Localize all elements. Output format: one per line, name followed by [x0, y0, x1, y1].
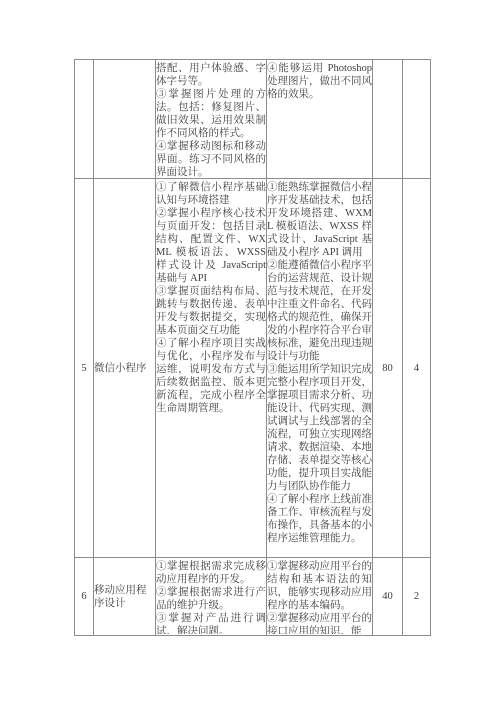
credits-cell: 2 [403, 558, 431, 636]
ability-paragraph: ①能熟练掌握微信小程序开发基础技术，包括开发环境搭建、WXML 模板语法、WXS… [267, 181, 372, 259]
content-paragraph: 搭配、用户体验感、字体字号等。 [156, 62, 266, 88]
content-paragraph: ③掌握页面结构布局、跳转与数据传递、表单开发与数据提交，实现基本页面交互功能 [156, 285, 266, 337]
ability-requirement-text: ①掌握移动应用平台的结构和基本语法的知识，能够实现移动应用程序的基本编码。 ②掌… [267, 560, 372, 634]
ability-paragraph: ④了解小程序上线前准备工作、审核流程与发布操作，具备基本的小程序运维管理能力。 [267, 493, 372, 545]
content-paragraph: ④掌握移动图标和移动界面。练习不同风格的界面设计。 [156, 140, 266, 177]
document-page: 搭配、用户体验感、字体字号等。 ③掌握图片处理的方法。包括：修复图片、做旧效果、… [0, 0, 500, 707]
ability-requirement-cell: ①掌握移动应用平台的结构和基本语法的知识，能够实现移动应用程序的基本编码。 ②掌… [267, 558, 373, 636]
course-name-cell: 移动应用程序设计 [94, 558, 156, 636]
ability-paragraph: ①掌握移动应用平台的结构和基本语法的知识，能够实现移动应用程序的基本编码。 [267, 560, 372, 612]
ability-paragraph: ②能遵循微信小程序平台的运营规范、设计规范与技术规范，在开发中注重文件命名、代码… [267, 259, 372, 363]
content-paragraph: ③掌握对产品进行调试，解决问题。 [156, 612, 266, 634]
course-outline-table: 搭配、用户体验感、字体字号等。 ③掌握图片处理的方法。包括：修复图片、做旧效果、… [74, 59, 431, 636]
teaching-content-cell: 搭配、用户体验感、字体字号等。 ③掌握图片处理的方法。包括：修复图片、做旧效果、… [156, 60, 267, 179]
content-paragraph: ②掌握根据需求进行产品的维护升级。 [156, 586, 266, 612]
ability-requirement-text: ④能够运用 Photoshop 处理图片，做出不同风格的效果。 [267, 62, 372, 177]
content-paragraph: ①掌握根据需求完成移动应用程序的开发。 [156, 560, 266, 586]
course-name-cell [94, 60, 156, 179]
teaching-content-text: ①了解微信小程序基础认知与环境搭建 ②掌握小程序核心技术与页面开发：包括目录结构… [156, 181, 266, 556]
credits-cell [403, 60, 431, 179]
content-paragraph: ④了解小程序项目实战与优化，小程序发布与运维，说明发布方式与后续数据监控、版本更… [156, 337, 266, 415]
hours-cell: 80 [373, 179, 403, 558]
table-row-wechat-miniprogram: 5 微信小程序 ①了解微信小程序基础认知与环境搭建 ②掌握小程序核心技术与页面开… [75, 179, 431, 558]
ability-requirement-text: ①能熟练掌握微信小程序开发基础技术，包括开发环境搭建、WXML 模板语法、WXS… [267, 181, 372, 556]
ability-requirement-cell: ④能够运用 Photoshop 处理图片，做出不同风格的效果。 [267, 60, 373, 179]
ability-requirement-cell: ①能熟练掌握微信小程序开发基础技术，包括开发环境搭建、WXML 模板语法、WXS… [267, 179, 373, 558]
row-number-cell [75, 60, 94, 179]
content-paragraph: ③掌握图片处理的方法。包括：修复图片、做旧效果、运用效果制作不同风格的样式。 [156, 88, 266, 140]
teaching-content-cell: ①了解微信小程序基础认知与环境搭建 ②掌握小程序核心技术与页面开发：包括目录结构… [156, 179, 267, 558]
hours-cell [373, 60, 403, 179]
teaching-content-cell: ①掌握根据需求完成移动应用程序的开发。 ②掌握根据需求进行产品的维护升级。 ③掌… [156, 558, 267, 636]
table-row-mobile-app-design: 6 移动应用程序设计 ①掌握根据需求完成移动应用程序的开发。 ②掌握根据需求进行… [75, 558, 431, 636]
ability-paragraph: ④能够运用 Photoshop 处理图片，做出不同风格的效果。 [267, 62, 372, 101]
row-number-cell: 5 [75, 179, 94, 558]
row-number-cell: 6 [75, 558, 94, 636]
course-name-cell: 微信小程序 [94, 179, 156, 558]
teaching-content-text: 搭配、用户体验感、字体字号等。 ③掌握图片处理的方法。包括：修复图片、做旧效果、… [156, 62, 266, 177]
teaching-content-text: ①掌握根据需求完成移动应用程序的开发。 ②掌握根据需求进行产品的维护升级。 ③掌… [156, 560, 266, 634]
credits-cell: 4 [403, 179, 431, 558]
ability-paragraph: ②掌握移动应用平台的接口应用的知识，能 [267, 612, 372, 634]
table-row-continuation: 搭配、用户体验感、字体字号等。 ③掌握图片处理的方法。包括：修复图片、做旧效果、… [75, 60, 431, 179]
content-paragraph: ①了解微信小程序基础认知与环境搭建 [156, 181, 266, 207]
hours-cell: 40 [373, 558, 403, 636]
ability-paragraph: ③能运用所学知识完成完整小程序项目开发，掌握项目需求分析、功能设计、代码实现、测… [267, 363, 372, 493]
content-paragraph: ②掌握小程序核心技术与页面开发：包括目录结构、配置文件、WXML 模板语法、WX… [156, 207, 266, 285]
